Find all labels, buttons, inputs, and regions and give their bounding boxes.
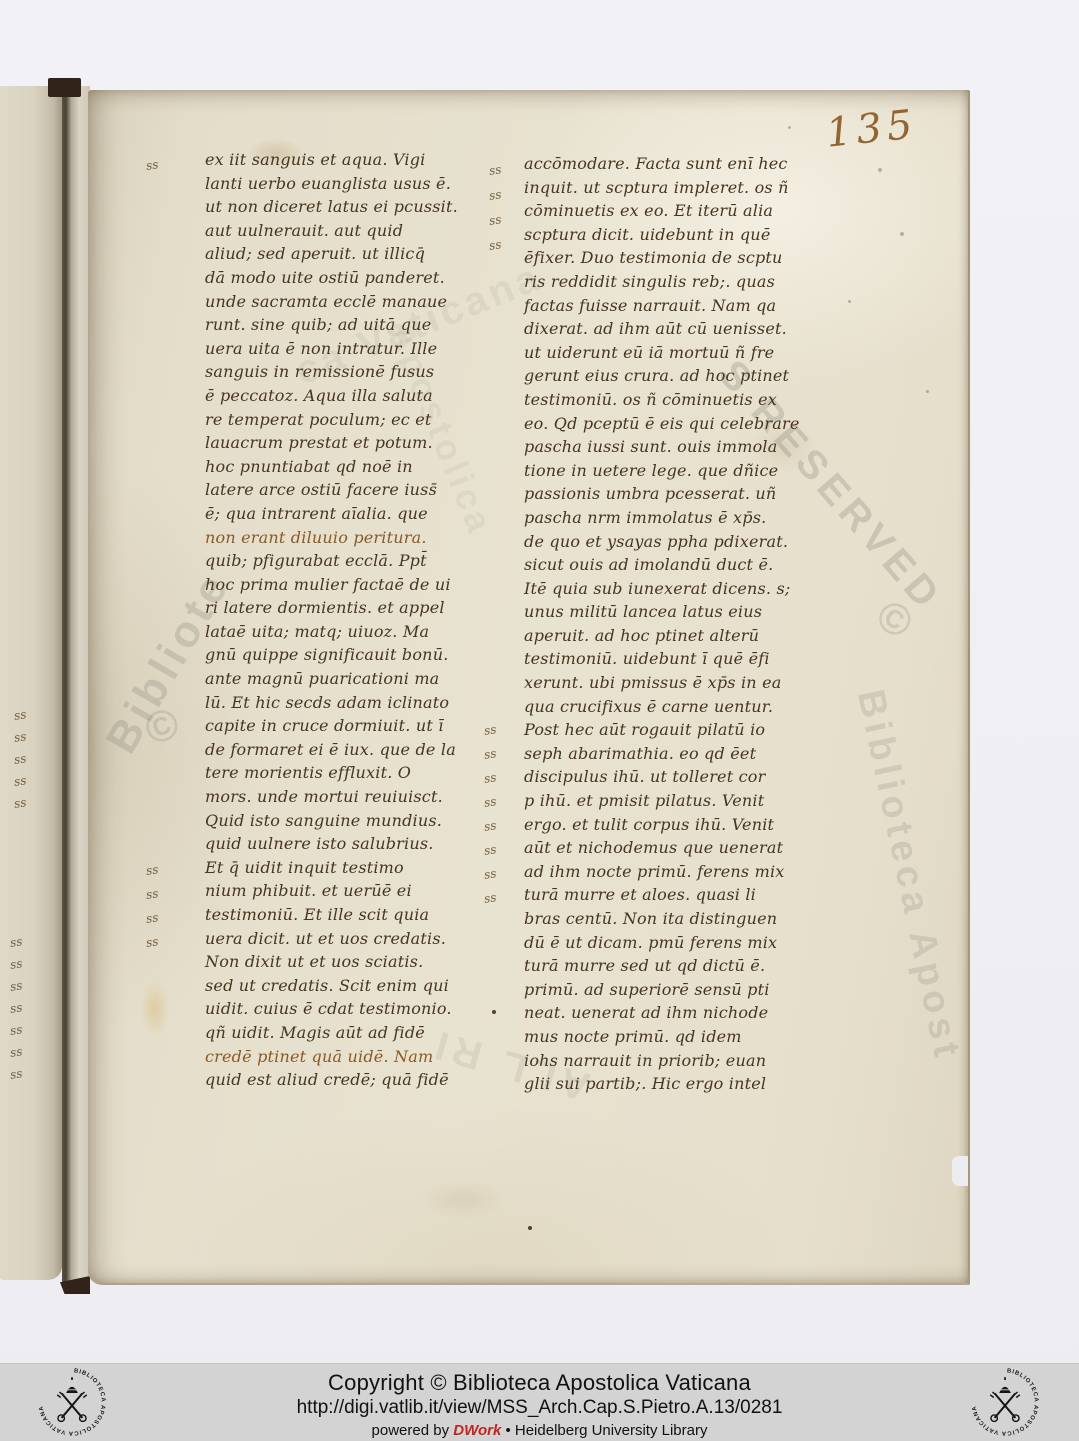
manuscript-line: tere morientis effluxit. O — [205, 761, 480, 785]
manuscript-line: turā murre et aloes. quasi li — [524, 883, 814, 907]
page-edge-notch — [952, 1156, 970, 1186]
parchment-speckle — [878, 168, 882, 172]
manuscript-line: primū. ad superiorē sensū pti — [524, 978, 814, 1002]
manuscript-line: p ihū. et pmisit pilatus. Venit — [524, 789, 814, 813]
parchment-speckle — [788, 126, 791, 129]
manuscript-line: tione in uetere lege. que dñice — [524, 459, 814, 483]
powered-prefix: powered by — [372, 1422, 454, 1439]
book-gutter — [62, 86, 90, 1288]
manuscript-line: quid uulnere isto salubrius. — [205, 832, 480, 856]
vatican-seal-right-icon — [969, 1366, 1041, 1438]
manuscript-line: Quid isto sanguine mundius. — [205, 809, 480, 833]
manuscript-line: qua crucifixus ē carne uentur. — [524, 695, 814, 719]
manuscript-line: dū ē ut dicam. pmū ferens mix — [524, 931, 814, 955]
manuscript-line: iohs narrauit in priorib; euan — [524, 1049, 814, 1073]
manuscript-line: bras centū. Non ita distinguen — [524, 907, 814, 931]
manuscript-line: hoc pnuntiabat qd noē in — [205, 455, 480, 479]
vatican-seal-left-icon: BIBLIOTECA APOSTOLICA VATICANA — [36, 1366, 108, 1438]
manuscript-line: uidit. cuius ē cdat testimonio. — [205, 997, 480, 1021]
manuscript-line: quib; pfigurabat ecclā. Ppt̄ — [205, 549, 480, 573]
manuscript-line: scptura dicit. uidebunt in quē — [524, 223, 814, 247]
parchment-speckle — [848, 300, 851, 303]
manuscript-line: mus nocte primū. qd idem — [524, 1025, 814, 1049]
dwork-brand: DWork — [453, 1422, 501, 1439]
manuscript-line: turā murre sed ut qd dictū ē. — [524, 954, 814, 978]
manuscript-line: seph abarimathia. eo qd ēet — [524, 742, 814, 766]
manuscript-line: inquit. ut scptura impleret. os ñ — [524, 176, 814, 200]
manuscript-line: de formaret ei ē iux. que de la — [205, 738, 480, 762]
footer-copyright: Copyright © Biblioteca Apostolica Vatica… — [0, 1364, 1079, 1396]
manuscript-line: Non dixit ut et uos sciatis. — [205, 950, 480, 974]
manuscript-line: lanti uerbo euanglista usus ē. — [205, 172, 480, 196]
manuscript-line: ut non diceret latus ei pcussit. — [205, 195, 480, 219]
manuscript-line: credē ptinet quā uidē. Nam — [205, 1045, 480, 1069]
manuscript-line: nium phibuit. et uerūē ei — [205, 879, 480, 903]
manuscript-line: aperuit. ad hoc ptinet alterū — [524, 624, 814, 648]
manuscript-line: accōmodare. Facta sunt enī hec — [524, 152, 814, 176]
manuscript-line: cōminuetis ex eo. Et iterū alia — [524, 199, 814, 223]
manuscript-line: uera dicit. ut et uos credatis. — [205, 927, 480, 951]
manuscript-line: ē peccatoz. Aqua illa saluta — [205, 384, 480, 408]
manuscript-line: neat. uenerat ad ihm nichode — [524, 1001, 814, 1025]
ink-dot — [492, 1010, 496, 1014]
manuscript-line: uera uita ē non intratur. Ille — [205, 337, 480, 361]
manuscript-line: dixerat. ad ihm aūt cū uenisset. — [524, 317, 814, 341]
manuscript-line: ex iit sanguis et aqua. Vigi — [205, 148, 480, 172]
manuscript-line: unus militū lancea latus eius — [524, 600, 814, 624]
manuscript-line: runt. sine quib; ad uitā que — [205, 313, 480, 337]
footer-bar: Copyright © Biblioteca Apostolica Vatica… — [0, 1363, 1079, 1441]
watermark-copyright-right-icon: © — [868, 590, 920, 649]
parchment-speckle — [926, 390, 929, 393]
text-column-left: ex iit sanguis et aqua. Vigilanti uerbo … — [205, 148, 480, 1092]
parchment-stain — [418, 1180, 508, 1220]
manuscript-line: ē; qua intrarent aīalia. que — [205, 502, 480, 526]
folio-number: 135 — [824, 101, 920, 156]
manuscript-line: gerunt eius crura. ad hoc ptinet — [524, 364, 814, 388]
manuscript-line: discipulus ihū. ut tolleret cor — [524, 765, 814, 789]
manuscript-line: sanguis in remissionē fusus — [205, 360, 480, 384]
manuscript-line: sicut ouis ad imolandū duct ē. — [524, 553, 814, 577]
manuscript-line: aut uulnerauit. aut quid — [205, 219, 480, 243]
manuscript-line: xerunt. ubi pmissus ē xp̄s in ea — [524, 671, 814, 695]
manuscript-line: lataē uita; matq; uiuoz. Ma — [205, 620, 480, 644]
manuscript-line: testimoniū. os ñ cōminuetis ex — [524, 388, 814, 412]
manuscript-line: lū. Et hic secds adam iclinato — [205, 691, 480, 715]
binding-strip-top — [48, 78, 81, 97]
manuscript-line: ris reddidit singulis reb;. quas — [524, 270, 814, 294]
manuscript-line: ante magnū puaricationi ma — [205, 667, 480, 691]
manuscript-line: re temperat poculum; ec et — [205, 408, 480, 432]
manuscript-line: latere arce ostiū facere iuss̄ — [205, 478, 480, 502]
manuscript-line: ut uiderunt eū iā mortuū ñ fre — [524, 341, 814, 365]
manuscript-line: pascha nrm immolatus ē xp̄s. — [524, 506, 814, 530]
manuscript-line: Et q̄ uidit inquit testimo — [205, 856, 480, 880]
parchment-stain — [140, 980, 170, 1038]
manuscript-line: qñ uidit. Magis aūt ad fidē — [205, 1021, 480, 1045]
manuscript-page: ca Vaticana Apostolica Bibliote © S RESE… — [88, 90, 970, 1285]
manuscript-line: quid est aliud credē; quā fidē — [205, 1068, 480, 1092]
facing-page-edge — [0, 86, 62, 1280]
ink-dot — [528, 1226, 532, 1230]
manuscript-line: sed ut credatis. Scit enim qui — [205, 974, 480, 998]
manuscript-line: passionis umbra pcesserat. uñ — [524, 482, 814, 506]
manuscript-line: ri latere dormientis. et appel — [205, 596, 480, 620]
manuscript-line: Post hec aūt rogauit pilatū io — [524, 718, 814, 742]
manuscript-line: gnū quippe significauit bonū. — [205, 643, 480, 667]
watermark-copyright-left-icon: © — [138, 698, 186, 756]
text-column-right: accōmodare. Facta sunt enī hecinquit. ut… — [524, 152, 814, 1096]
manuscript-line: non erant diluuio peritura. — [205, 526, 480, 550]
watermark-biblioteca-right: Biblioteca Apost — [848, 686, 969, 1065]
manuscript-line: lauacrum prestat et potum. — [205, 431, 480, 455]
powered-suffix: • Heidelberg University Library — [501, 1422, 707, 1439]
manuscript-line: de quo et ysayas ppha pdixerat. — [524, 530, 814, 554]
manuscript-line: glii sui partib;. Hic ergo intel — [524, 1072, 814, 1096]
footer-url: http://digi.vatlib.it/view/MSS_Arch.Cap.… — [0, 1397, 1079, 1419]
manuscript-line: ēfixer. Duo testimonia de scptu — [524, 246, 814, 270]
manuscript-line: mors. unde mortui reuiuisct. — [205, 785, 480, 809]
manuscript-line: ergo. et tulit corpus ihū. Venit — [524, 813, 814, 837]
manuscript-line: Itē quia sub iunexerat dicens. s; — [524, 577, 814, 601]
digitized-manuscript-scan: ca Vaticana Apostolica Bibliote © S RESE… — [0, 0, 1079, 1441]
manuscript-line: capite in cruce dormiuit. ut ī — [205, 714, 480, 738]
manuscript-line: testimoniū. Et ille scit quia — [205, 903, 480, 927]
manuscript-line: aliud; sed aperuit. ut illicq̄ — [205, 242, 480, 266]
parchment-speckle — [900, 232, 904, 236]
manuscript-line: testimoniū. uidebunt ī quē ēfi — [524, 647, 814, 671]
manuscript-line: eo. Qd pceptū ē eis qui celebrare — [524, 412, 814, 436]
manuscript-line: ad ihm nocte primū. ferens mix — [524, 860, 814, 884]
footer-powered-by: powered by DWork • Heidelberg University… — [0, 1422, 1079, 1439]
manuscript-line: aūt et nichodemus que uenerat — [524, 836, 814, 860]
manuscript-line: hoc prima mulier factaē de ui — [205, 573, 480, 597]
manuscript-line: dā modo uite ostiū panderet. — [205, 266, 480, 290]
manuscript-line: factas fuisse narrauit. Nam qa — [524, 294, 814, 318]
manuscript-line: pascha iussi sunt. ouis immola — [524, 435, 814, 459]
manuscript-line: unde sacramta ecclē manaue — [205, 290, 480, 314]
